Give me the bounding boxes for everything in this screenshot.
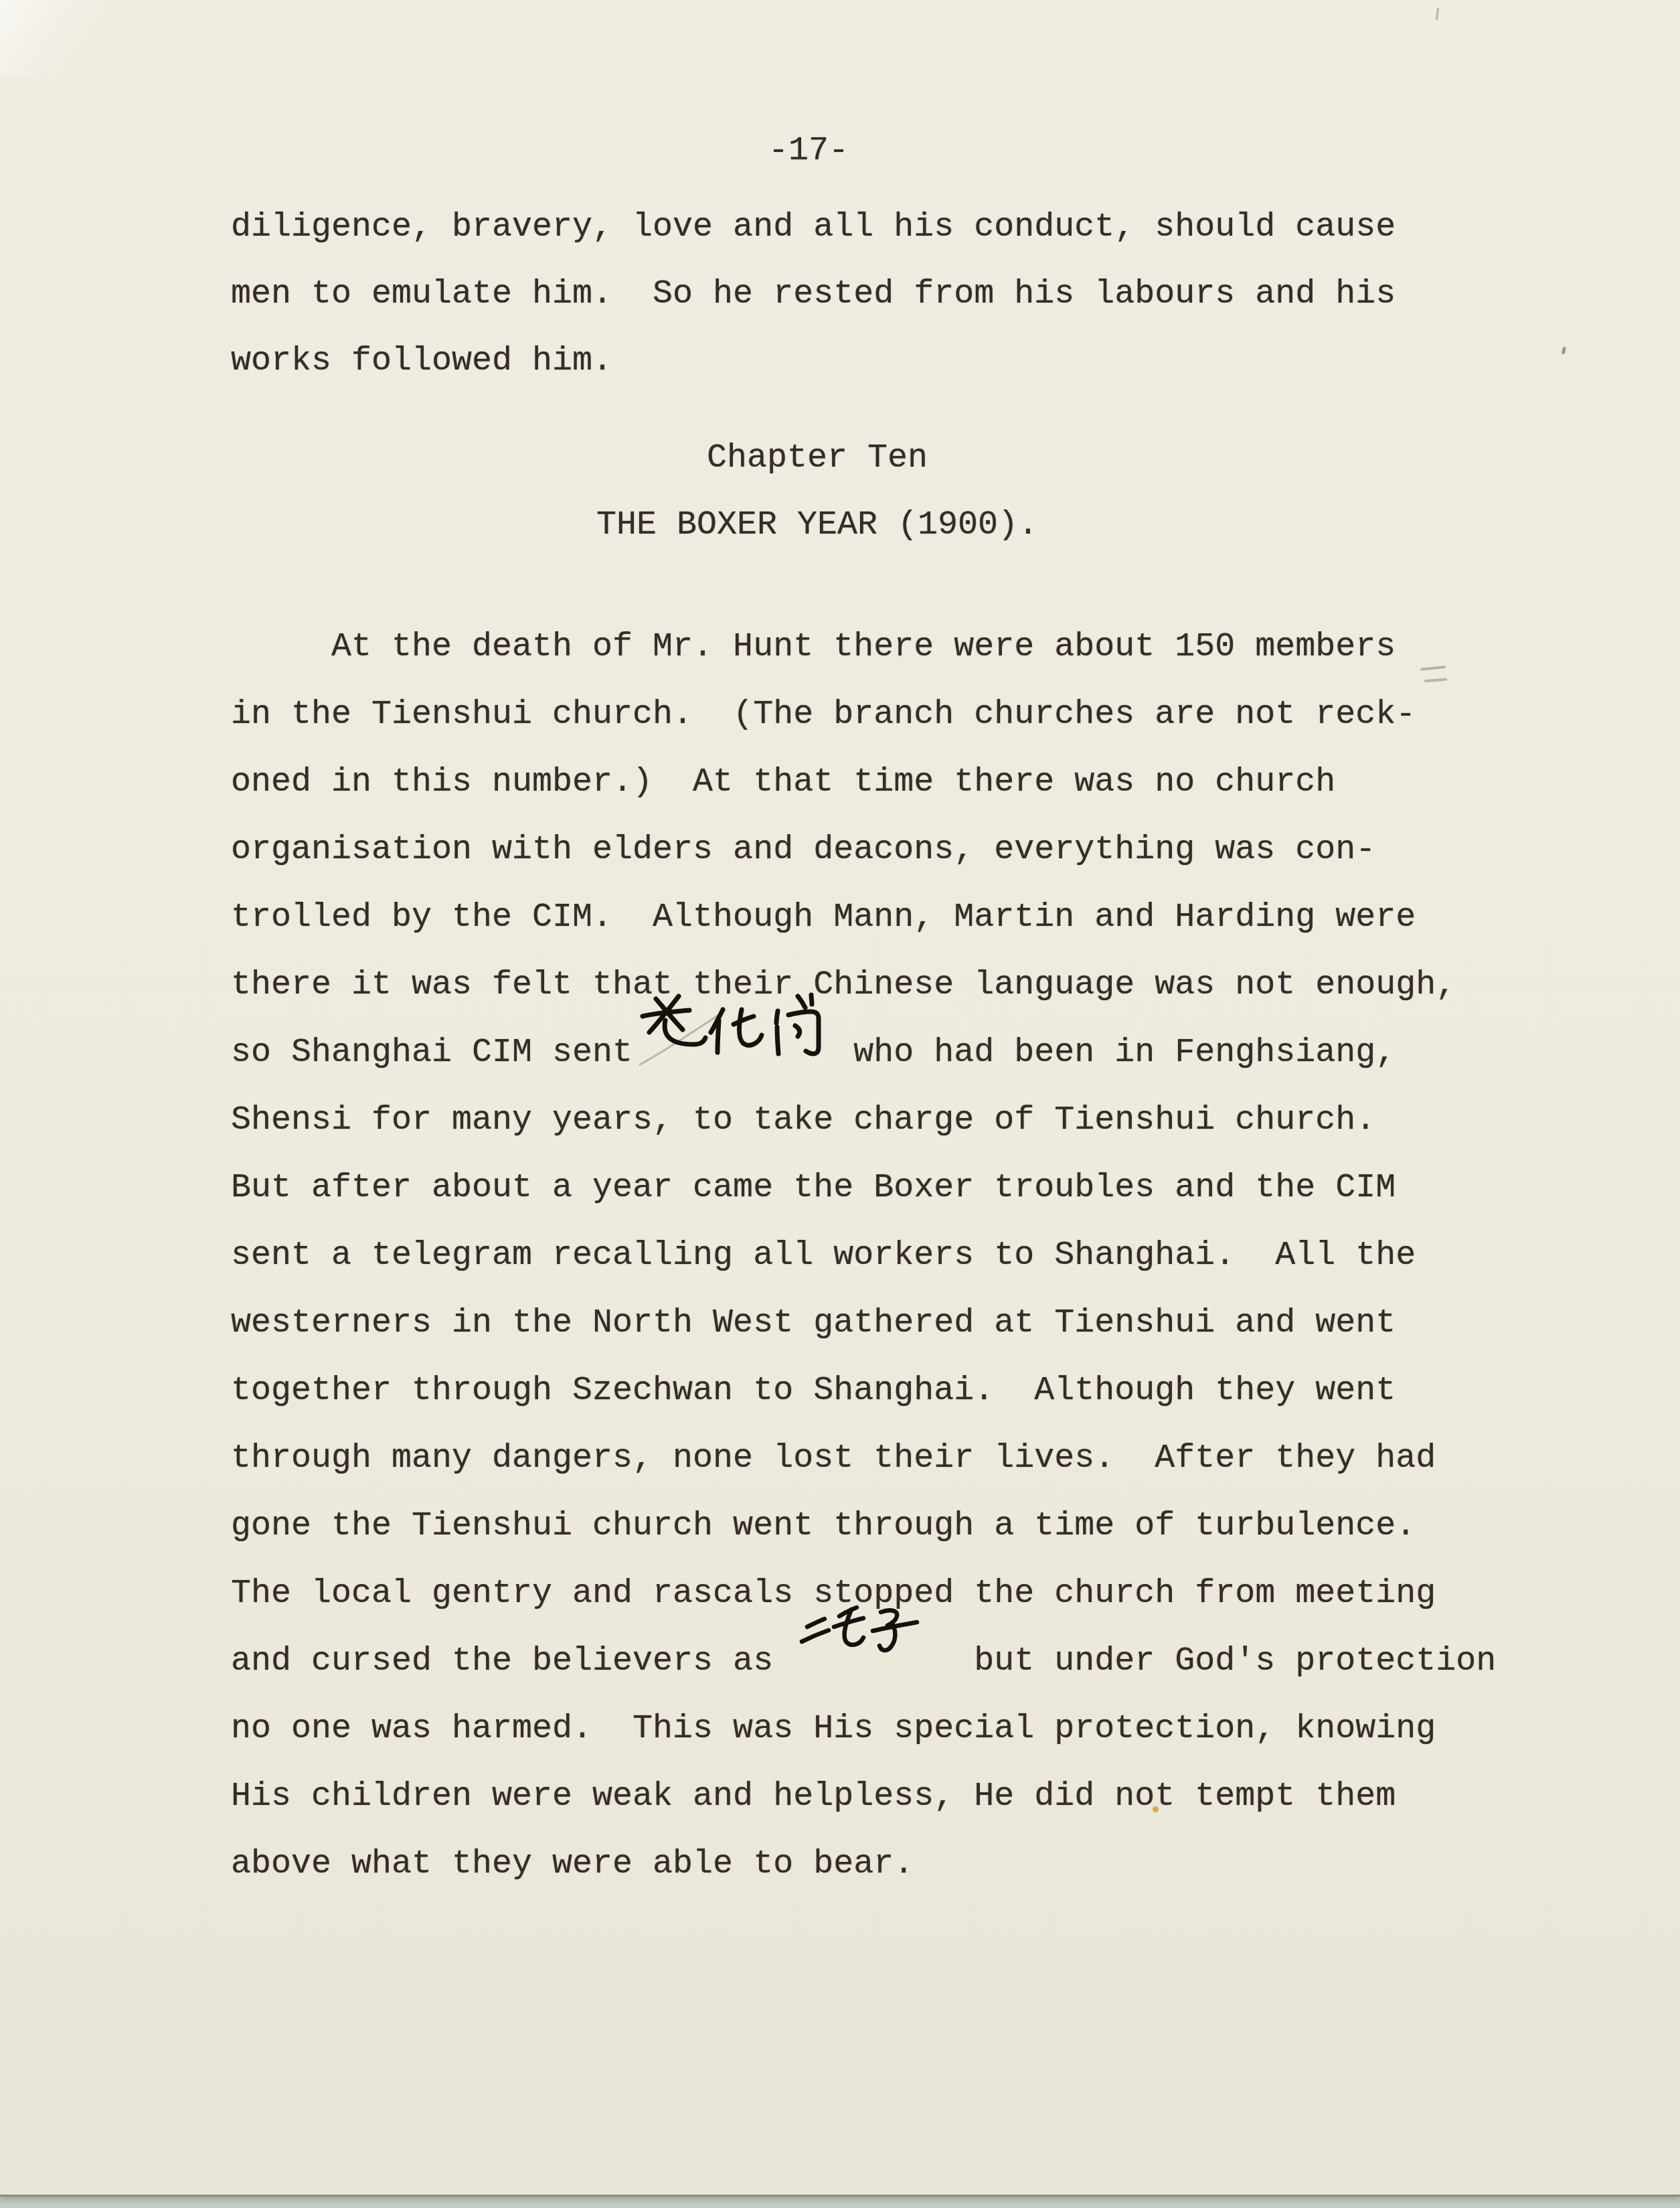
typewritten-page: -17- diligence, bravery, love and all hi… <box>0 0 1680 2195</box>
text-line: together through Szechwan to Shanghai. A… <box>231 1357 1496 1425</box>
text-line: His children were weak and helpless, He … <box>231 1763 1496 1830</box>
chapter-title: THE BOXER YEAR (1900). <box>231 492 1404 559</box>
text-line: above what they were able to bear. <box>231 1830 1496 1898</box>
scan-artifact <box>1436 8 1439 20</box>
chapter-heading: Chapter Ten <box>231 425 1404 492</box>
text-line: westerners in the North West gathered at… <box>231 1289 1496 1357</box>
handwritten-chinese-name <box>636 990 837 1077</box>
text-line: there it was felt that their Chinese lan… <box>231 951 1496 1019</box>
paper-fold-mark <box>0 0 154 77</box>
ink-speck <box>1562 347 1566 355</box>
paragraph-continuation: diligence, bravery, love and all his con… <box>231 194 1396 395</box>
scanned-document: { "document": { "page_number": "-17-", "… <box>0 0 1680 2208</box>
text-line: sent a telegram recalling all workers to… <box>231 1222 1496 1289</box>
main-paragraph: At the death of Mr. Hunt there were abou… <box>231 613 1496 1898</box>
chapter-headings: Chapter Ten THE BOXER YEAR (1900). <box>231 425 1404 559</box>
text-line: But after about a year came the Boxer tr… <box>231 1154 1496 1222</box>
orange-speck <box>1153 1806 1159 1812</box>
text-line: Shensi for many years, to take charge of… <box>231 1087 1496 1154</box>
text-line: diligence, bravery, love and all his con… <box>231 194 1396 261</box>
page-number: -17- <box>768 131 849 171</box>
text-line: through many dangers, none lost their li… <box>231 1425 1496 1492</box>
text-line: oned in this number.) At that time there… <box>231 748 1496 816</box>
text-line: in the Tienshui church. (The branch chur… <box>231 681 1496 748</box>
text-line: so Shanghai CIM sent who had been in Fen… <box>231 1019 1496 1087</box>
handwritten-chinese-curse <box>796 1600 930 1664</box>
text-line: works followed him. <box>231 328 1396 395</box>
text-line: organisation with elders and deacons, ev… <box>231 816 1496 884</box>
text-line: no one was harmed. This was His special … <box>231 1695 1496 1763</box>
text-line: men to emulate him. So he rested from hi… <box>231 261 1396 328</box>
text-line: gone the Tienshui church went through a … <box>231 1492 1496 1560</box>
text-line: trolled by the CIM. Although Mann, Marti… <box>231 884 1496 951</box>
text-line: At the death of Mr. Hunt there were abou… <box>231 613 1496 681</box>
